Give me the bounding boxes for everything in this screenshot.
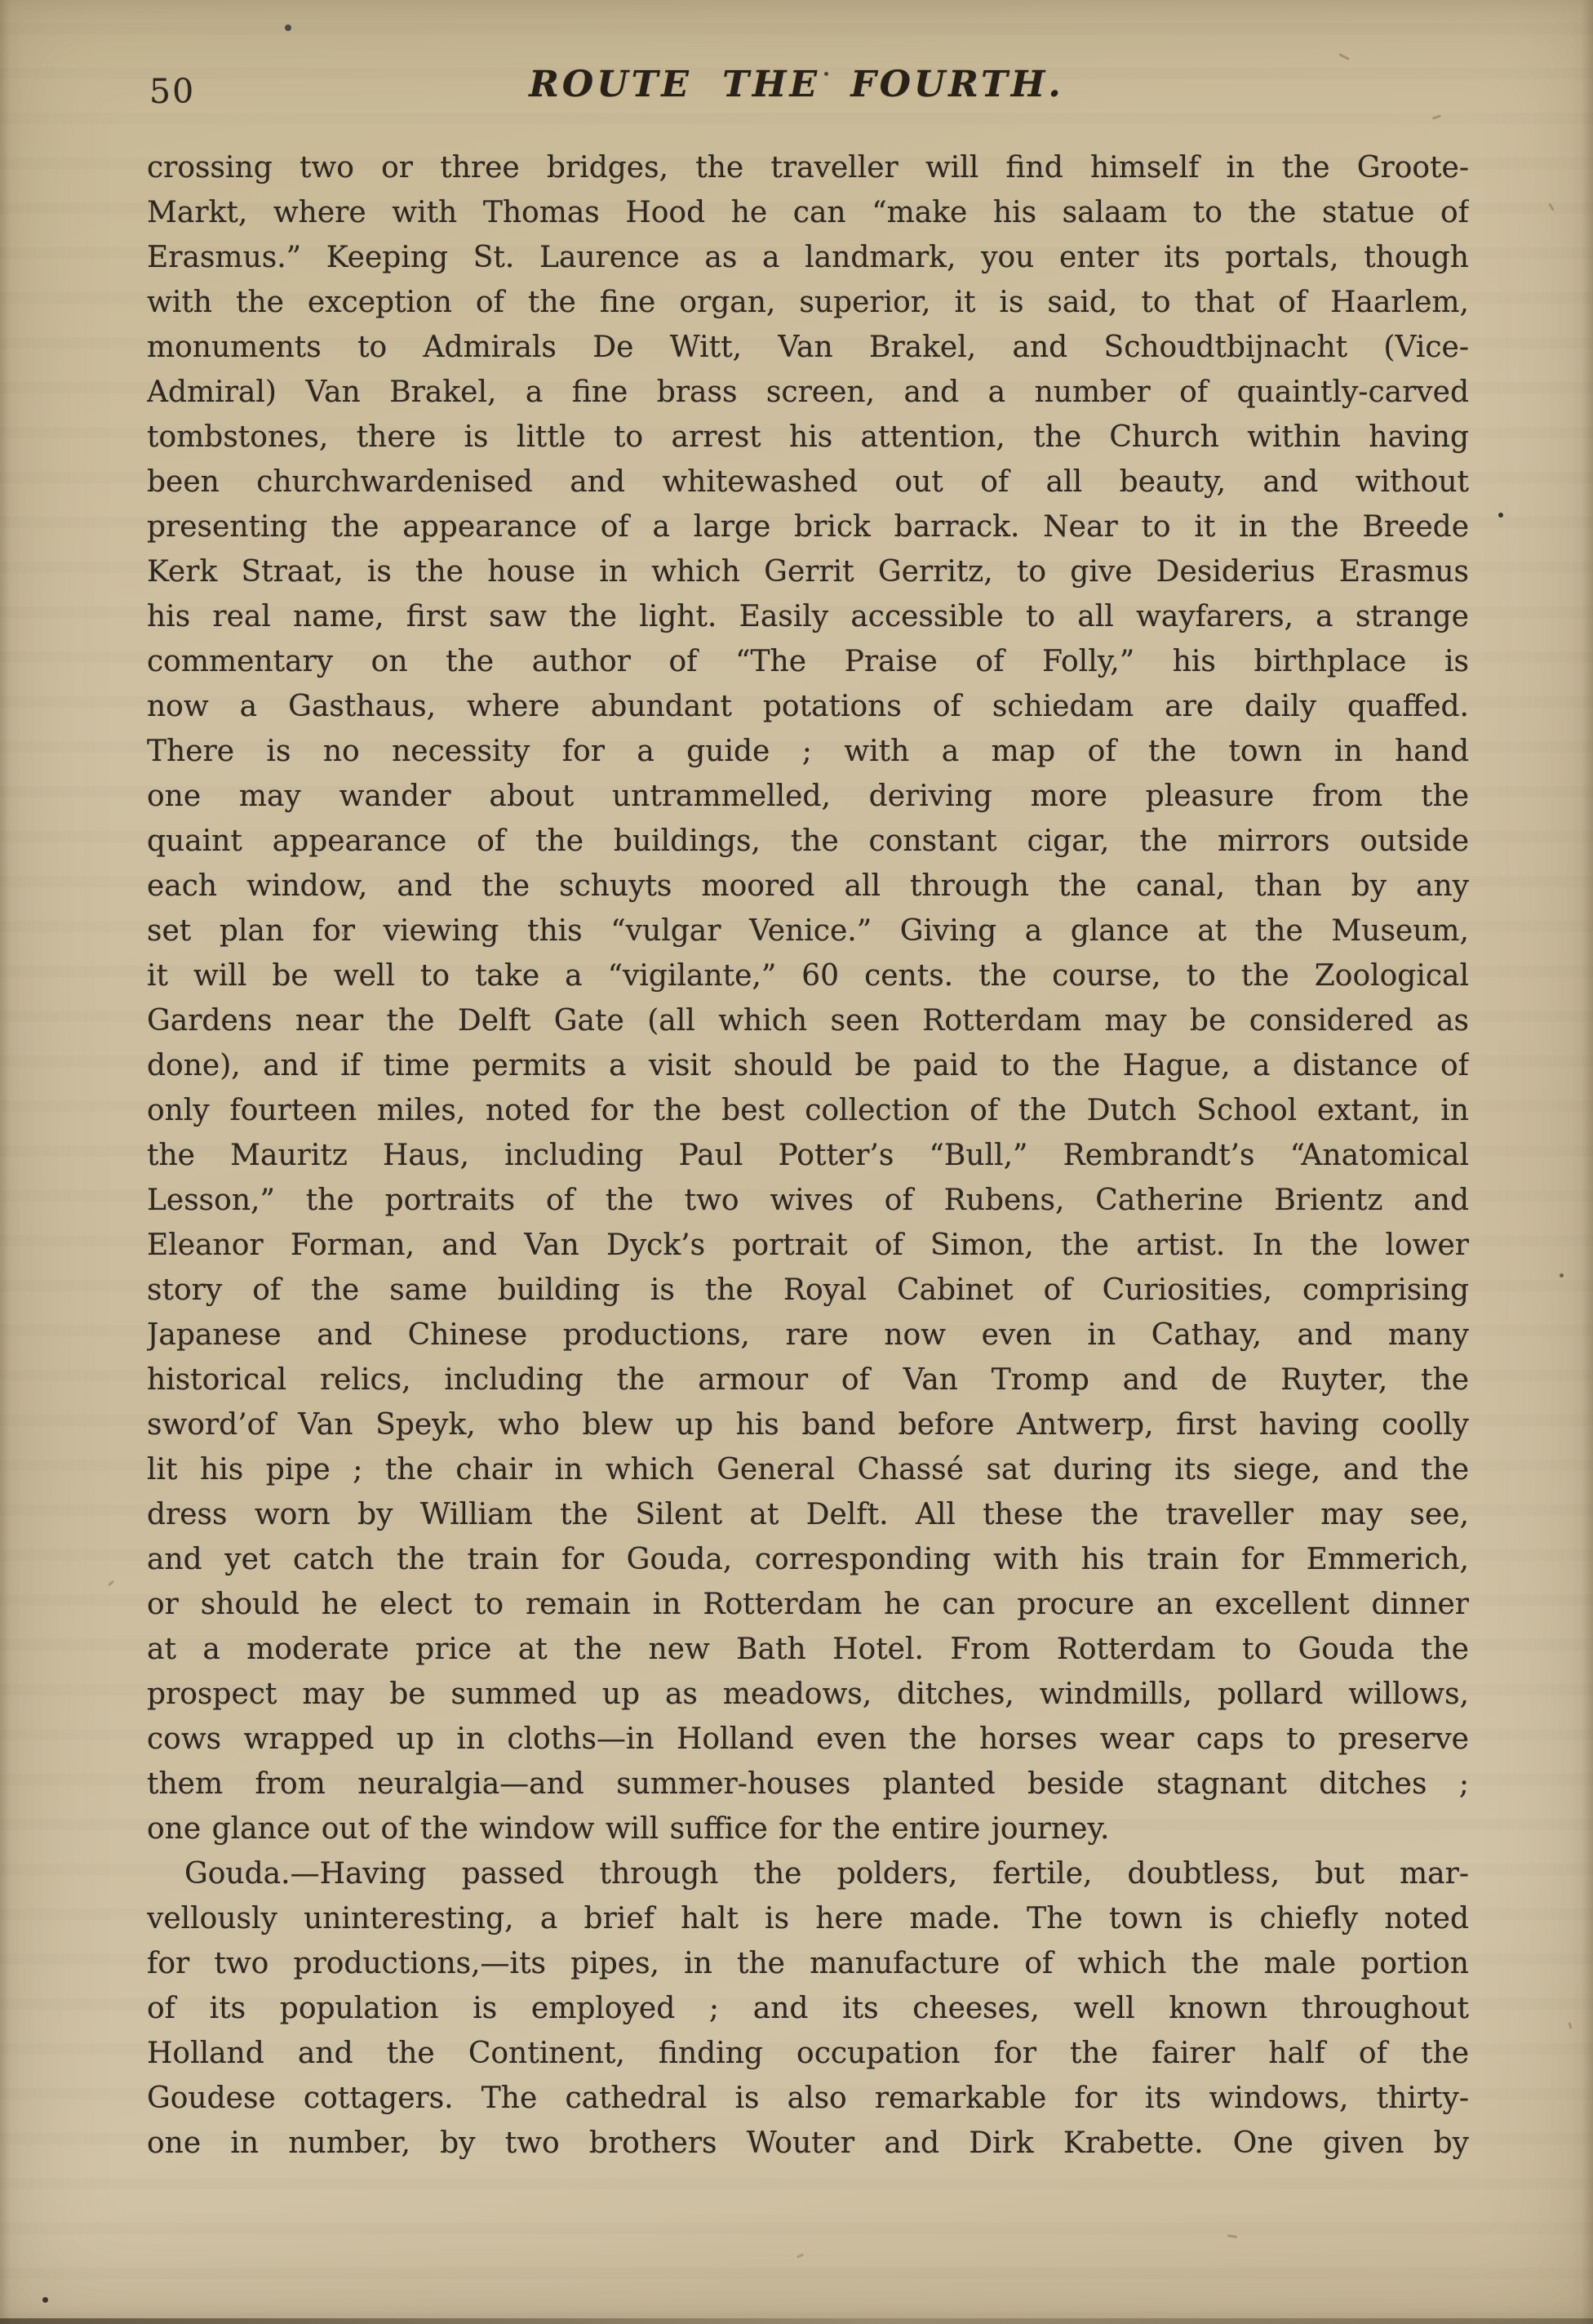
text-line: for two productions,—its pipes, in the m… (147, 1941, 1469, 1986)
text-line: set plan for viewing this “vulgar Venice… (147, 909, 1469, 953)
text-line: Lesson,” the portraits of the two wives … (147, 1178, 1469, 1223)
text-line: cows wrapped up in cloths—in Holland eve… (147, 1717, 1469, 1762)
text-line: sword’of Van Speyk, who blew up his band… (147, 1402, 1469, 1447)
scan-edge-right (1582, 0, 1593, 2324)
text-line: Erasmus.” Keeping St. Laurence as a land… (147, 235, 1469, 280)
text-line: one in number, by two brothers Wouter an… (147, 2121, 1469, 2166)
text-line: story of the same building is the Royal … (147, 1268, 1469, 1313)
book-page: 50 ROUTE THE FOURTH. crossing two or thr… (0, 0, 1593, 2324)
text-line: monuments to Admirals De Witt, Van Brake… (147, 325, 1469, 370)
text-line: one may wander about untrammelled, deriv… (147, 774, 1469, 819)
text-line: Kerk Straat, is the house in which Gerri… (147, 549, 1469, 594)
text-line: Gardens near the Delft Gate (all which s… (147, 998, 1469, 1043)
paper-fiber (108, 1580, 114, 1586)
text-line: and yet catch the train for Gouda, corre… (147, 1537, 1469, 1582)
ink-speck (42, 2297, 48, 2303)
ink-speck (1560, 1273, 1564, 1278)
text-line: been churchwardenised and whitewashed ou… (147, 460, 1469, 504)
text-line: commentary on the author of “The Praise … (147, 639, 1469, 684)
ink-speck (285, 24, 291, 31)
paper-fiber (1569, 2022, 1573, 2029)
text-line: Goudese cottagers. The cathedral is also… (147, 2076, 1469, 2121)
paper-fiber (1432, 114, 1441, 119)
text-line: or should he elect to remain in Rotterda… (147, 1582, 1469, 1627)
text-line: Japanese and Chinese productions, rare n… (147, 1313, 1469, 1358)
text-line: of its population is employed ; and its … (147, 1986, 1469, 2031)
text-line: prospect may be summed up as meadows, di… (147, 1672, 1469, 1717)
running-head: ROUTE THE FOURTH. (0, 64, 1593, 105)
text-line: one glance out of the window will suffic… (147, 1806, 1469, 1851)
text-line: Holland and the Continent, finding occup… (147, 2031, 1469, 2076)
text-line: at a moderate price at the new Bath Hote… (147, 1627, 1469, 1672)
ink-speck (1498, 513, 1503, 518)
text-line: Admiral) Van Brakel, a fine brass screen… (147, 370, 1469, 415)
text-line: done), and if time permits a visit shoul… (147, 1043, 1469, 1088)
text-line: it will be well to take a “vigilante,” 6… (147, 953, 1469, 998)
scan-edge-left (0, 0, 10, 2324)
scan-edge-bottom (0, 2318, 1593, 2324)
text-block: crossing two or three bridges, the trave… (147, 145, 1469, 2166)
paper-fiber (1338, 53, 1350, 60)
text-line: historical relics, including the armour … (147, 1358, 1469, 1402)
text-line: quaint appearance of the buildings, the … (147, 819, 1469, 864)
text-line: with the exception of the fine organ, su… (147, 280, 1469, 325)
text-line: each window, and the schuyts moored all … (147, 864, 1469, 909)
paper-fiber (796, 2253, 804, 2259)
paper-fiber (1548, 202, 1555, 211)
text-line: crossing two or three bridges, the trave… (147, 145, 1469, 190)
text-line: tombstones, there is little to arrest hi… (147, 415, 1469, 460)
text-line: dress worn by William the Silent at Delf… (147, 1492, 1469, 1537)
text-line: his real name, first saw the light. Easi… (147, 594, 1469, 639)
text-line: now a Gasthaus, where abundant potations… (147, 684, 1469, 729)
text-line: Markt, where with Thomas Hood he can “ma… (147, 190, 1469, 235)
text-line: Gouda.—Having passed through the polders… (147, 1851, 1469, 1896)
paper-fiber (1227, 2234, 1237, 2238)
text-line: Eleanor Forman, and Van Dyck’s portrait … (147, 1223, 1469, 1268)
text-line: There is no necessity for a guide ; with… (147, 729, 1469, 774)
text-line: presenting the appearance of a large bri… (147, 504, 1469, 549)
ink-speck (824, 72, 828, 76)
text-line: only fourteen miles, noted for the best … (147, 1088, 1469, 1133)
text-line: them from neuralgia—and summer-houses pl… (147, 1762, 1469, 1806)
text-line: the Mauritz Haus, including Paul Potter’… (147, 1133, 1469, 1178)
text-line: vellously uninteresting, a brief halt is… (147, 1896, 1469, 1941)
text-line: lit his pipe ; the chair in which Genera… (147, 1447, 1469, 1492)
